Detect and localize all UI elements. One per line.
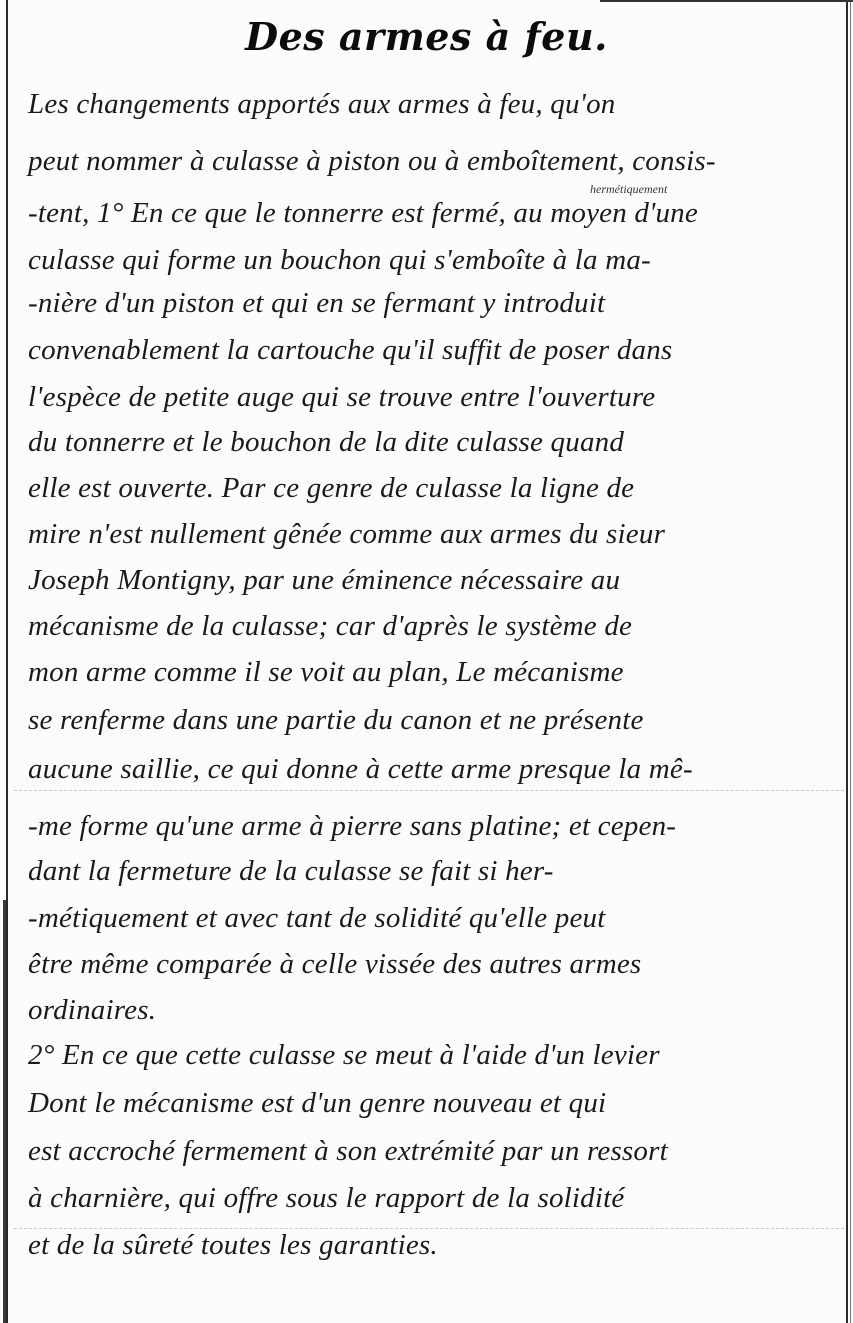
text-line: être même comparée à celle vissée des au…: [28, 944, 840, 984]
page-title: Des armes à feu.: [0, 14, 853, 59]
text-line: peut nommer à culasse à piston ou à embo…: [28, 141, 840, 181]
text-line: elle est ouverte. Par ce genre de culass…: [28, 468, 840, 508]
text-line: 2° En ce que cette culasse se meut à l'a…: [28, 1035, 840, 1075]
text-line: Joseph Montigny, par une éminence nécess…: [28, 560, 840, 600]
text-line: Dont le mécanisme est d'un genre nouveau…: [28, 1083, 840, 1123]
text-line: culasse qui forme un bouchon qui s'emboî…: [28, 240, 840, 280]
text-line: mire n'est nullement gênée comme aux arm…: [28, 514, 840, 554]
text-line: Les changements apportés aux armes à feu…: [28, 84, 840, 124]
text-line: -métiquement et avec tant de solidité qu…: [28, 898, 840, 938]
page-border-top: [600, 0, 853, 2]
page-border-left-inner: [3, 900, 6, 1323]
page-border-left: [6, 0, 8, 1323]
text-line: dant la fermeture de la culasse se fait …: [28, 851, 840, 891]
text-line: mécanisme de la culasse; car d'après le …: [28, 606, 840, 646]
text-line: -tent, 1° En ce que le tonnerre est ferm…: [28, 193, 840, 233]
text-line: à charnière, qui offre sous le rapport d…: [28, 1178, 840, 1218]
text-line: est accroché fermement à son extrémité p…: [28, 1131, 840, 1171]
text-line: aucune saillie, ce qui donne à cette arm…: [28, 749, 840, 789]
text-line: se renferme dans une partie du canon et …: [28, 700, 840, 740]
text-line: et de la sûreté toutes les garanties.: [28, 1225, 840, 1265]
faint-ruled-line: [14, 790, 844, 791]
text-line: l'espèce de petite auge qui se trouve en…: [28, 377, 840, 417]
text-line: convenablement la cartouche qu'il suffit…: [28, 330, 840, 370]
text-line: du tonnerre et le bouchon de la dite cul…: [28, 422, 840, 462]
text-line: -me forme qu'une arme à pierre sans plat…: [28, 806, 840, 846]
text-line: -nière d'un piston et qui en se fermant …: [28, 283, 840, 323]
text-line: mon arme comme il se voit au plan, Le mé…: [28, 652, 840, 692]
page-border-right-outer: [850, 0, 851, 1323]
manuscript-page: Des armes à feu. hermétiquement Les chan…: [0, 0, 853, 1323]
page-border-right: [846, 0, 848, 1323]
text-line: ordinaires.: [28, 990, 840, 1030]
